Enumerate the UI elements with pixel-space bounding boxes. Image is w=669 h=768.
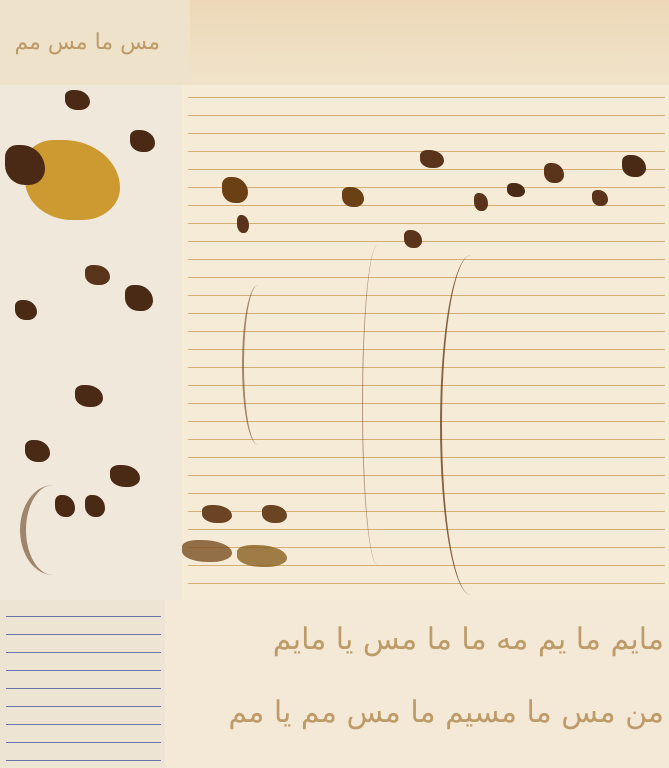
ink-mark <box>420 150 444 168</box>
blue-text-line <box>6 706 161 708</box>
blue-text-line <box>6 616 161 618</box>
ink-mark <box>622 155 646 177</box>
text-line <box>188 529 665 531</box>
top-left-caption: مس ما مس مم <box>14 30 160 55</box>
ink-blot <box>25 440 50 462</box>
ink-blot <box>125 285 153 311</box>
text-line <box>188 169 665 171</box>
text-line <box>188 241 665 243</box>
long-brush-arc <box>440 255 502 595</box>
ink-mark <box>237 215 249 233</box>
text-line <box>188 583 665 585</box>
text-line <box>188 457 665 459</box>
blue-text-line <box>6 760 161 762</box>
text-line <box>188 511 665 513</box>
artwork-canvas: مس ما مس مم <box>0 0 669 768</box>
ink-mark <box>507 183 525 197</box>
top-left-calligraphy-panel: مس ما مس مم <box>0 0 190 85</box>
ink-mark <box>544 163 564 183</box>
ink-mark <box>592 190 608 206</box>
text-line <box>188 259 665 261</box>
blue-text-line <box>6 724 161 726</box>
ink-mark <box>202 505 232 523</box>
text-line <box>188 187 665 189</box>
blue-text-line <box>6 652 161 654</box>
text-line <box>188 97 665 99</box>
text-line <box>188 133 665 135</box>
blue-text-line <box>6 688 161 690</box>
brush-arc <box>242 285 274 445</box>
calligraphy-line-1: مایم ما یم مه ما ما مس یا مایم <box>273 622 664 657</box>
calligraphy-line-2: من مس ما مسیم ما مس مم یا مم <box>228 695 664 730</box>
ink-mark <box>262 505 287 523</box>
main-handwritten-text-panel <box>182 85 669 600</box>
ink-blot <box>110 465 140 487</box>
text-line <box>188 223 665 225</box>
ink-mark <box>342 187 364 207</box>
blue-text-line <box>6 742 161 744</box>
ink-blot <box>130 130 155 152</box>
ink-blot <box>15 300 37 320</box>
ink-mark <box>404 230 422 248</box>
text-line <box>188 277 665 279</box>
top-blank-band <box>190 0 669 85</box>
ink-blot <box>85 495 105 517</box>
text-line <box>188 493 665 495</box>
ink-mark <box>182 540 232 562</box>
ink-blot <box>65 90 90 110</box>
text-line <box>188 205 665 207</box>
blue-ink-manuscript-panel <box>0 600 165 768</box>
bottom-calligraphy-band: مایم ما یم مه ما ما مس یا مایم من مس ما … <box>165 600 669 768</box>
blue-text-line <box>6 634 161 636</box>
brush-stroke <box>20 485 86 575</box>
brush-arc <box>362 245 393 565</box>
ink-blot <box>85 265 110 285</box>
ink-blot <box>75 385 103 407</box>
ink-mark <box>474 193 488 211</box>
ink-mark <box>222 177 248 203</box>
text-line <box>188 475 665 477</box>
text-line <box>188 115 665 117</box>
blue-text-line <box>6 670 161 672</box>
left-ink-brushwork-panel <box>0 85 182 600</box>
